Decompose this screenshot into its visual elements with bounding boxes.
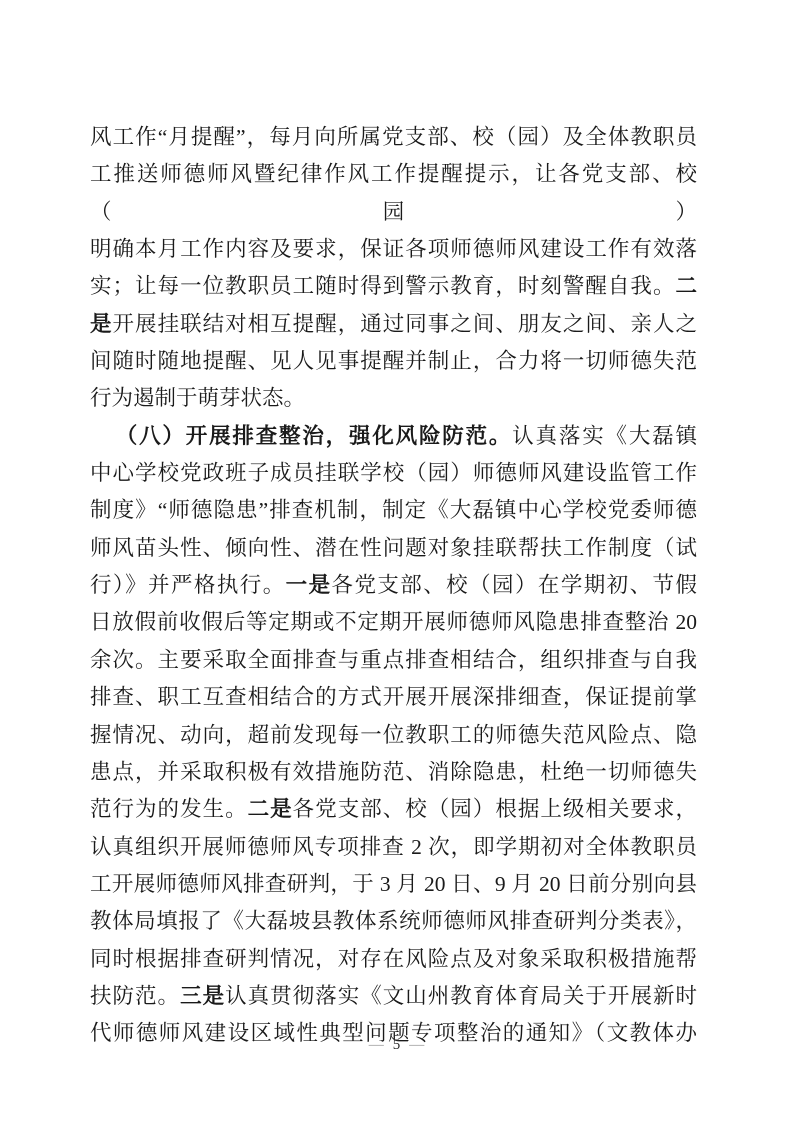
body-text: 扶防范。 [90, 984, 180, 1008]
body-text: 行为遏制于萌芽状态。 [90, 386, 305, 410]
text-line: 间随时随地提醒、见人见事提醒并制止，合力将一切师德失范 [90, 343, 697, 380]
text-line: 工推送师德师风暨纪律作风工作提醒提示，让各党支部、校（园） [90, 156, 697, 231]
body-text: 同时根据排查研判情况，对存在风险点及对象采取积极措施帮 [90, 947, 697, 971]
body-text: 实；让每一位教职员工随时得到警示教育，时刻警醒自我。 [90, 274, 675, 298]
text-line: 日放假前收假后等定期或不定期开展师德师风隐患排查整治 20 [90, 604, 697, 641]
text-line: 是开展挂联结对相互提醒，通过同事之间、朋友之间、亲人之 [90, 306, 697, 343]
text-line: 风工作“月提醒”，每月向所属党支部、校（园）及全体教职员 [90, 119, 697, 156]
text-line: 明确本月工作内容及要求，保证各项师德师风建设工作有效落 [90, 231, 697, 268]
body-text: 教体局填报了《大磊坡县教体系统师德师风排查研判分类表》， [90, 909, 697, 933]
emphasis-text: 三是 [180, 984, 225, 1008]
document-page: 风工作“月提醒”，每月向所属党支部、校（园）及全体教职员工推送师德师风暨纪律作风… [0, 0, 793, 1122]
text-line: 师风苗头性、倾向性、潜在性问题对象挂联帮扶工作制度（试 [90, 530, 697, 567]
text-line: 实；让每一位教职员工随时得到警示教育，时刻警醒自我。二 [90, 268, 697, 305]
body-text: 明确本月工作内容及要求，保证各项师德师风建设工作有效落 [90, 237, 697, 261]
text-line: 余次。主要采取全面排查与重点排查相结合，组织排查与自我 [90, 642, 697, 679]
body-text: 制度》“师德隐患”排查机制，制定《大磊镇中心学校党委师德 [90, 498, 697, 522]
document-body: 风工作“月提醒”，每月向所属党支部、校（园）及全体教职员工推送师德师风暨纪律作风… [90, 119, 697, 1053]
text-line: 同时根据排查研判情况，对存在风险点及对象采取积极措施帮 [90, 941, 697, 978]
body-text: 范行为的发生。 [90, 797, 248, 821]
body-text: 风工作“月提醒”，每月向所属党支部、校（园）及全体教职员 [90, 125, 697, 149]
body-text: 余次。主要采取全面排查与重点排查相结合，组织排查与自我 [90, 648, 697, 672]
emphasis-text: （八）开展排查整治，强化风险防范。 [116, 424, 512, 448]
text-line: 握情况、动向，超前发现每一位教职工的师德失范风险点、隐 [90, 717, 697, 754]
text-line: 工开展师德师风排查研判，于 3 月 20 日、9 月 20 日前分别向县 [90, 866, 697, 903]
emphasis-text: 一是 [286, 573, 332, 597]
body-text: 排查、职工互查相结合的方式开展开展深排细查，保证提前掌 [90, 685, 697, 709]
text-line: 扶防范。三是认真贯彻落实《文山州教育体育局关于开展新时 [90, 978, 697, 1015]
text-line: 教体局填报了《大磊坡县教体系统师德师风排查研判分类表》， [90, 903, 697, 940]
body-text: 各党支部、校（园）在学期初、节假 [332, 573, 697, 597]
page-number-dash-right: — [400, 1037, 433, 1053]
page-footer: —5— [0, 1034, 793, 1056]
body-text: 师风苗头性、倾向性、潜在性问题对象挂联帮扶工作制度（试 [90, 536, 697, 560]
text-line: 行）》并严格执行。一是各党支部、校（园）在学期初、节假 [90, 567, 697, 604]
body-text: 患点，并采取积极有效措施防范、消除隐患，杜绝一切师德失 [90, 760, 697, 784]
text-line: 认真组织开展师德师风专项排查 2 次，即学期初对全体教职员 [90, 829, 697, 866]
body-text: 行）》并严格执行。 [90, 573, 286, 597]
body-text: 开展挂联结对相互提醒，通过同事之间、朋友之间、亲人之 [113, 312, 697, 336]
text-line: （八）开展排查整治，强化风险防范。认真落实《大磊镇 [90, 418, 697, 455]
body-text: 间随时随地提醒、见人见事提醒并制止，合力将一切师德失范 [90, 349, 697, 373]
body-text: 认真组织开展师德师风专项排查 2 次，即学期初对全体教职员 [90, 835, 697, 859]
page-number-dash-left: — [360, 1037, 393, 1053]
text-line: 排查、职工互查相结合的方式开展开展深排细查，保证提前掌 [90, 679, 697, 716]
text-line: 患点，并采取积极有效措施防范、消除隐患，杜绝一切师德失 [90, 754, 697, 791]
emphasis-text: 二是 [248, 797, 293, 821]
text-line: 制度》“师德隐患”排查机制，制定《大磊镇中心学校党委师德 [90, 492, 697, 529]
emphasis-text: 二 [675, 274, 697, 298]
body-text: 认真贯彻落实《文山州教育体育局关于开展新时 [225, 984, 697, 1008]
body-text: 工推送师德师风暨纪律作风工作提醒提示，让各党支部、校（园） [90, 162, 697, 223]
text-line: 中心学校党政班子成员挂联学校（园）师德师风建设监管工作 [90, 455, 697, 492]
body-text: 工开展师德师风排查研判，于 3 月 20 日、9 月 20 日前分别向县 [90, 872, 697, 896]
text-line: 行为遏制于萌芽状态。 [90, 380, 697, 417]
body-text: 日放假前收假后等定期或不定期开展师德师风隐患排查整治 20 [90, 610, 697, 634]
body-text: 握情况、动向，超前发现每一位教职工的师德失范风险点、隐 [90, 723, 697, 747]
body-text: 认真落实《大磊镇 [512, 424, 697, 448]
emphasis-text: 是 [90, 312, 113, 336]
body-text: 中心学校党政班子成员挂联学校（园）师德师风建设监管工作 [90, 461, 697, 485]
text-line: 范行为的发生。二是各党支部、校（园）根据上级相关要求， [90, 791, 697, 828]
body-text: 各党支部、校（园）根据上级相关要求， [293, 797, 697, 821]
